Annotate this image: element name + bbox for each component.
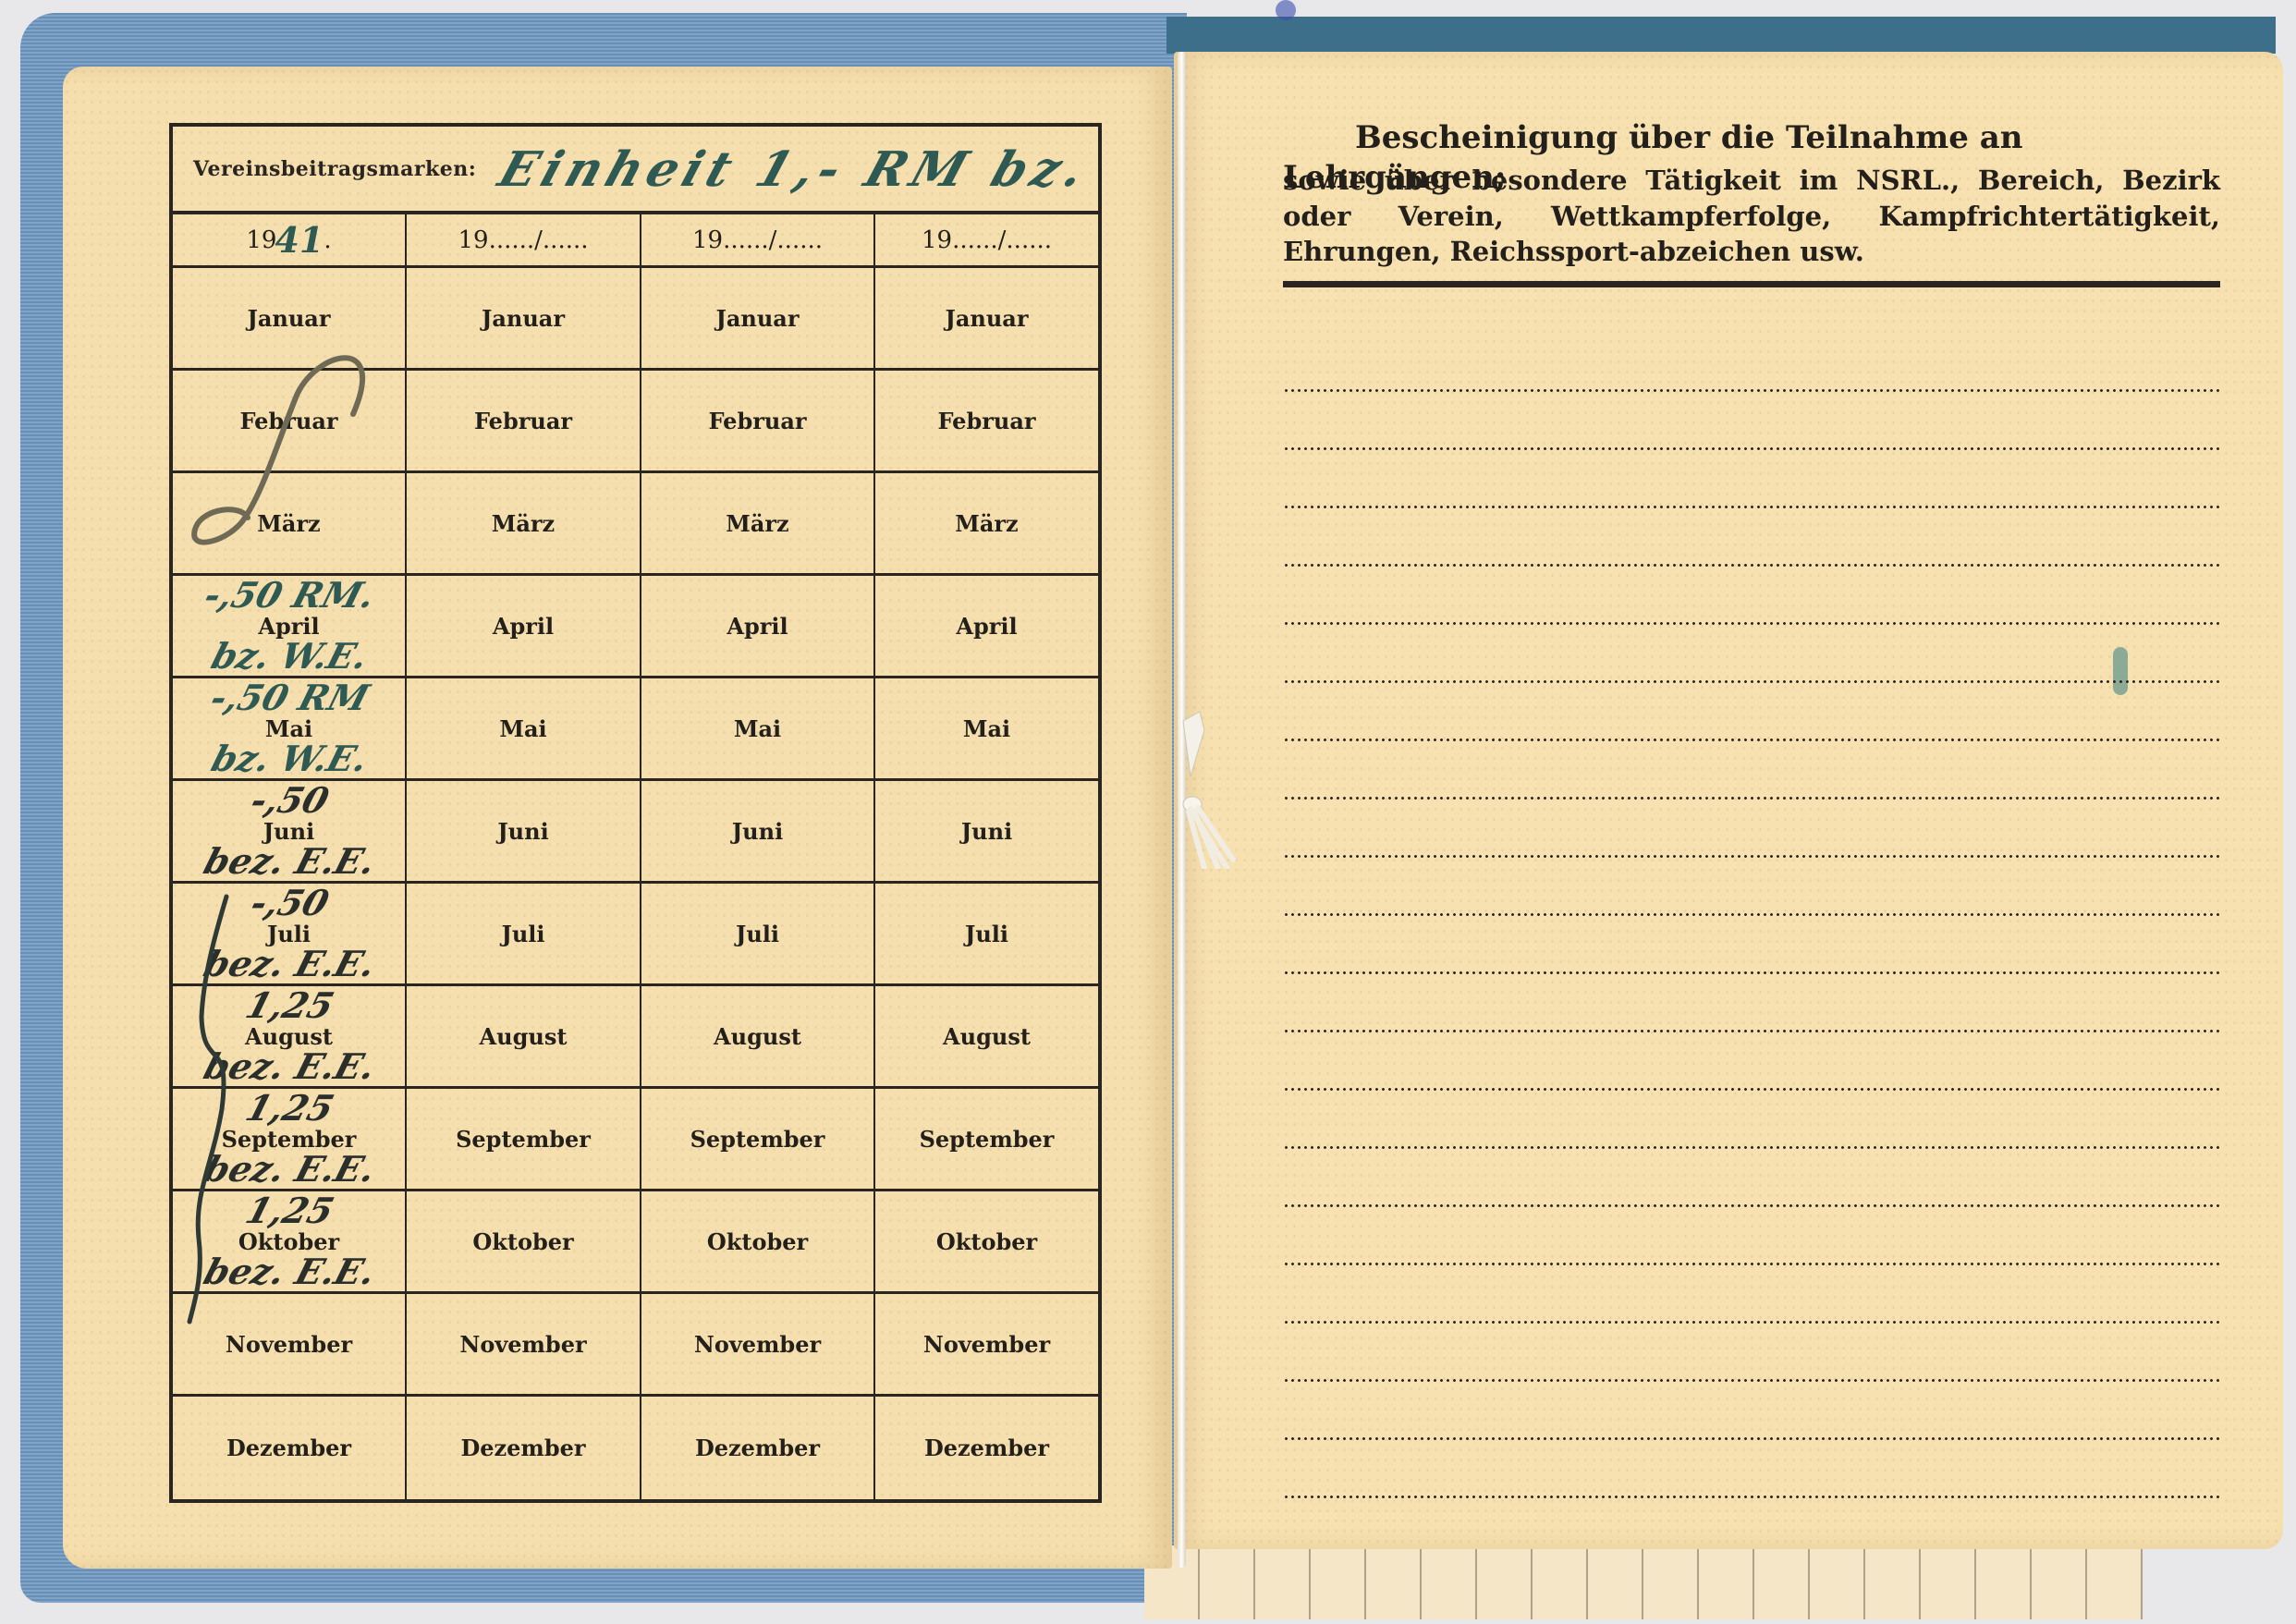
dotted-entry-line bbox=[1283, 1321, 2220, 1379]
month-cell-mai: Mai bbox=[407, 678, 641, 781]
year-cell: 19....../...... bbox=[875, 214, 1098, 268]
month-label: Januar bbox=[716, 305, 800, 332]
month-cell-september: September bbox=[875, 1089, 1098, 1191]
month-label: April bbox=[493, 613, 554, 640]
month-label: August bbox=[943, 1023, 1031, 1050]
handwritten-payment-note: bz. W.E. bbox=[174, 741, 407, 776]
month-label: März bbox=[726, 510, 788, 537]
month-label: Dezember bbox=[695, 1435, 820, 1461]
month-label: November bbox=[459, 1331, 586, 1358]
month-cell-januar: Januar bbox=[875, 268, 1098, 371]
dotted-entry-line bbox=[1283, 447, 2220, 506]
month-label: Februar bbox=[937, 408, 1035, 434]
handwritten-swash bbox=[176, 342, 397, 564]
year-cell: 19....../...... bbox=[407, 214, 641, 268]
dotted-entry-line bbox=[1283, 1496, 2220, 1554]
month-cell-august: August bbox=[875, 986, 1098, 1089]
month-label: Mai bbox=[265, 715, 312, 742]
month-label: September bbox=[690, 1126, 825, 1153]
month-label: März bbox=[955, 510, 1018, 537]
handwritten-fee-note: Einheit 1,- RM bz. bbox=[492, 141, 1097, 198]
month-cell-juni: Juni bbox=[641, 781, 875, 884]
fee-label: Vereinsbeitragsmarken: bbox=[193, 157, 476, 181]
month-label: Juli bbox=[501, 921, 544, 947]
year-cell: 19 41 . bbox=[173, 214, 407, 268]
month-cell-april: April bbox=[641, 576, 875, 678]
month-label: Februar bbox=[708, 408, 806, 434]
handwritten-payment-note: -,50 RM. bbox=[174, 578, 407, 613]
month-cell-mai: Mai bbox=[641, 678, 875, 781]
month-cell-märz: März bbox=[641, 473, 875, 576]
blank-entry-lines bbox=[1283, 389, 2220, 1554]
month-label: Mai bbox=[499, 715, 546, 742]
dotted-entry-line bbox=[1283, 389, 2220, 447]
handwritten-payment-note: bz. W.E. bbox=[174, 639, 407, 674]
month-label: Mai bbox=[734, 715, 781, 742]
dotted-entry-line bbox=[1283, 971, 2220, 1030]
dotted-entry-line bbox=[1283, 797, 2220, 855]
month-cell-märz: März bbox=[875, 473, 1098, 576]
month-label: Juli bbox=[267, 921, 311, 947]
month-cell-juni: Juni-,50bez. E.E. bbox=[173, 781, 407, 884]
month-cell-juni: Juni bbox=[875, 781, 1098, 884]
month-label: September bbox=[920, 1126, 1055, 1153]
month-cell-dezember: Dezember bbox=[407, 1397, 641, 1499]
heading-rule bbox=[1283, 281, 2220, 287]
dotted-entry-line bbox=[1283, 1263, 2220, 1321]
month-cell-juni: Juni bbox=[407, 781, 641, 884]
month-label: August bbox=[714, 1023, 801, 1050]
dotted-entry-line bbox=[1283, 855, 2220, 913]
month-cell-juli: Juli bbox=[641, 884, 875, 986]
book-cover-back-edge bbox=[1166, 17, 2276, 54]
month-label: November bbox=[226, 1331, 352, 1358]
dotted-entry-line bbox=[1283, 506, 2220, 564]
month-label: April bbox=[258, 613, 319, 640]
year-suffix: . bbox=[324, 226, 331, 254]
month-label: April bbox=[956, 613, 1017, 640]
year-cell: 19....../...... bbox=[641, 214, 875, 268]
month-label: Dezember bbox=[924, 1435, 1049, 1461]
dotted-entry-line bbox=[1283, 622, 2220, 680]
month-cell-märz: März bbox=[407, 473, 641, 576]
dotted-entry-line bbox=[1283, 1437, 2220, 1496]
handwritten-payment-note: -,50 RM bbox=[174, 680, 407, 715]
month-label: Juli bbox=[965, 921, 1008, 947]
month-label: März bbox=[492, 510, 555, 537]
month-cell-januar: Januar bbox=[407, 268, 641, 371]
month-label: August bbox=[480, 1023, 568, 1050]
year-printed: 19 bbox=[246, 226, 276, 254]
month-cell-dezember: Dezember bbox=[173, 1397, 407, 1499]
year-printed: 19....../...... bbox=[692, 226, 823, 254]
month-label: Mai bbox=[963, 715, 1010, 742]
month-label: November bbox=[694, 1331, 821, 1358]
month-label: Juni bbox=[263, 818, 314, 845]
month-cell-dezember: Dezember bbox=[875, 1397, 1098, 1499]
month-cell-september: September bbox=[641, 1089, 875, 1191]
certificate-description: sowie über besondere Tätigkeit im NSRL.,… bbox=[1283, 163, 2220, 270]
month-label: Juni bbox=[961, 818, 1012, 845]
year-printed: 19....../...... bbox=[922, 226, 1052, 254]
dotted-entry-line bbox=[1283, 1030, 2220, 1088]
month-cell-oktober: Oktober bbox=[641, 1191, 875, 1294]
month-label: Juli bbox=[736, 921, 779, 947]
month-cell-oktober: Oktober bbox=[875, 1191, 1098, 1294]
page-stack-edge bbox=[1144, 1545, 2143, 1619]
month-cell-november: November bbox=[641, 1294, 875, 1397]
membership-fee-table: Vereinsbeitragsmarken: Einheit 1,- RM bz… bbox=[169, 123, 1102, 1503]
month-label: Januar bbox=[946, 305, 1029, 332]
dotted-entry-line bbox=[1283, 680, 2220, 739]
month-label: Oktober bbox=[936, 1228, 1037, 1255]
month-cell-februar: Februar bbox=[875, 371, 1098, 473]
month-cell-april: April bbox=[875, 576, 1098, 678]
month-cell-februar: Februar bbox=[641, 371, 875, 473]
month-cell-dezember: Dezember bbox=[641, 1397, 875, 1499]
month-cell-september: September bbox=[407, 1089, 641, 1191]
month-label: Februar bbox=[474, 408, 572, 434]
dotted-entry-line bbox=[1283, 564, 2220, 622]
month-label: Januar bbox=[482, 305, 565, 332]
month-label: Juni bbox=[497, 818, 548, 845]
month-label: Oktober bbox=[707, 1228, 808, 1255]
dotted-entry-line bbox=[1283, 1088, 2220, 1146]
month-cell-april: April-,50 RM.bz. W.E. bbox=[173, 576, 407, 678]
dotted-entry-line bbox=[1283, 1204, 2220, 1263]
month-cell-november: November bbox=[407, 1294, 641, 1397]
month-cell-juli: Juli bbox=[407, 884, 641, 986]
month-cell-mai: Mai-,50 RMbz. W.E. bbox=[173, 678, 407, 781]
month-cell-august: August bbox=[407, 986, 641, 1089]
month-label: Dezember bbox=[226, 1435, 351, 1461]
month-cell-mai: Mai bbox=[875, 678, 1098, 781]
month-label: April bbox=[727, 613, 788, 640]
dotted-entry-line bbox=[1283, 913, 2220, 971]
month-label: Dezember bbox=[460, 1435, 585, 1461]
thread-knot-icon bbox=[1181, 702, 1237, 869]
handwritten-payment-note: -,50 bbox=[174, 783, 407, 818]
month-label: Oktober bbox=[238, 1228, 339, 1255]
dotted-entry-line bbox=[1283, 739, 2220, 797]
month-cell-august: August bbox=[641, 986, 875, 1089]
ink-stain bbox=[1276, 0, 1296, 20]
month-label: August bbox=[245, 1023, 333, 1050]
fee-table-header: Vereinsbeitragsmarken: Einheit 1,- RM bz… bbox=[173, 127, 1098, 214]
month-label: September bbox=[456, 1126, 591, 1153]
month-label: Oktober bbox=[472, 1228, 573, 1255]
month-cell-november: November bbox=[875, 1294, 1098, 1397]
year-handwritten: 41 bbox=[275, 219, 324, 261]
year-printed: 19....../...... bbox=[458, 226, 588, 254]
month-label: Juni bbox=[732, 818, 783, 845]
month-label: November bbox=[923, 1331, 1050, 1358]
month-cell-juli: Juli bbox=[875, 884, 1098, 986]
month-label: Januar bbox=[248, 305, 331, 332]
dotted-entry-line bbox=[1283, 1146, 2220, 1204]
month-cell-april: April bbox=[407, 576, 641, 678]
month-cell-januar: Januar bbox=[641, 268, 875, 371]
dotted-entry-line bbox=[1283, 1379, 2220, 1437]
month-cell-februar: Februar bbox=[407, 371, 641, 473]
handwritten-stroke bbox=[176, 887, 250, 1331]
month-cell-oktober: Oktober bbox=[407, 1191, 641, 1294]
handwritten-payment-note: bez. E.E. bbox=[174, 844, 407, 879]
